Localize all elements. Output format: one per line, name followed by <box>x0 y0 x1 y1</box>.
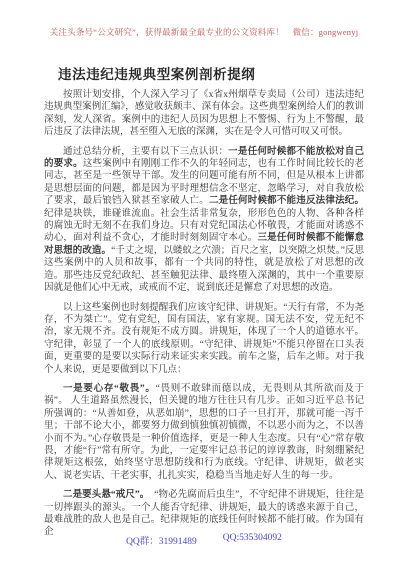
body-paragraph: 通过总结分析，主要有以下三点认识：一是任何时候都不能放松对自己的要求。这些案例中… <box>44 146 364 295</box>
body-text: 以上这些案例也时刻提醒我们应该守纪律、讲规矩。“天行有常，不为尧存，不为桀亡”。… <box>44 303 364 375</box>
body-text: 通过总结分析，主要有以下三点认识： <box>63 147 228 157</box>
footer-qq-group: QQ群：31991489 <box>126 533 197 547</box>
body-paragraph: 以上这些案例也时刻提醒我们应该守纪律、讲规矩。“天行有常，不为尧存，不为桀亡”。… <box>44 302 364 376</box>
body-text-bold: 二是任何时候都不能违反法律法纪。 <box>209 196 364 206</box>
footer: QQ群：31991489 QQ:535304092 <box>0 533 408 547</box>
document-body: 按照计划安排，个人深入学习了《x省x州烟草专卖局（公司）违法违纪违规典型案例汇编… <box>44 89 364 546</box>
body-paragraph: 一是要心存“敬畏”。“畏则不敢肆而德以成，无畏则从其所欲而及于祸”。 人生道路虽… <box>44 383 364 482</box>
document-page: 关注头条号“公文研究”，获得最新最全最专业的公文资料库！ 微信：gongweny… <box>0 0 408 580</box>
page-title: 违法违纪违规典型案例剖析提纲 <box>58 63 255 83</box>
footer-qq: QQ:535304092 <box>223 533 282 547</box>
body-text: “畏则不敢肆而德以成，无畏则从其所欲而及于祸”。 人生道路虽然漫长，但关键的地方… <box>44 384 364 481</box>
body-text: 按照计划安排，个人深入学习了《x省x州烟草专卖局（公司）违法违纪违规典型案例汇编… <box>44 90 364 137</box>
body-text-bold: 一是要心存“敬畏”。 <box>63 384 156 394</box>
body-text-bold: 二是要头悬“戒尺”。 <box>63 490 145 500</box>
header-notice: 关注头条号“公文研究”，获得最新最全最专业的公文资料库！ 微信：gongweny… <box>0 26 408 38</box>
body-paragraph: 按照计划安排，个人深入学习了《x省x州烟草专卖局（公司）违法违纪违规典型案例汇编… <box>44 89 364 139</box>
body-paragraph: 二是要头悬“戒尺”。 “物必先腐而后虫生”，不守纪律不讲规矩，往往是一切摔跟头的… <box>44 489 364 539</box>
